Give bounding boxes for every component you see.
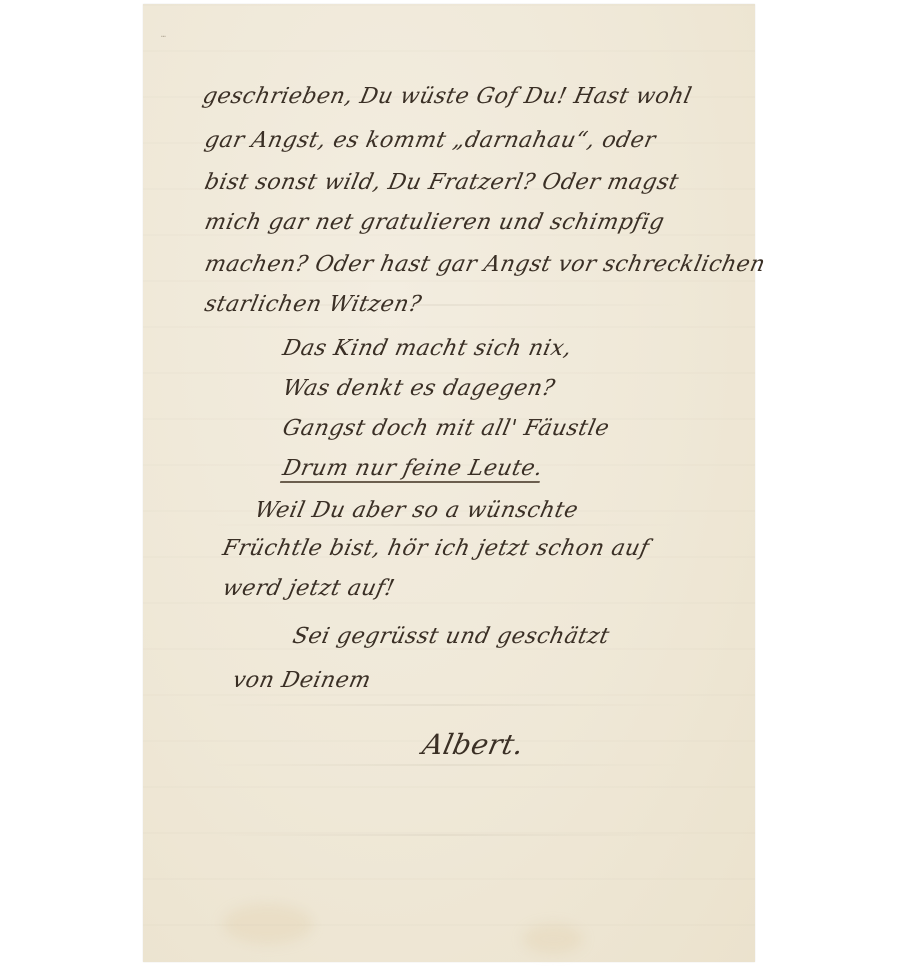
poem-line: Gangst doch mit all' Fäustle	[280, 416, 611, 441]
closing-line: Weil Du aber so a wünschte	[252, 498, 580, 523]
paper-stain	[523, 924, 583, 954]
closing-line: werd jetzt auf!	[220, 576, 397, 601]
letter-page: … geschrieben, Du wüste Gof Du! Hast woh…	[143, 4, 755, 962]
paper-stain	[223, 904, 313, 944]
closing-line: Früchtle bist, hör ich jetzt schon auf	[220, 536, 651, 561]
poem-line-underlined: Drum nur feine Leute.	[280, 456, 545, 481]
closing-line: von Deinem	[230, 668, 373, 693]
letter-line: machen? Oder hast gar Angst vor schreckl…	[202, 252, 767, 277]
signature: Albert.	[419, 728, 527, 761]
letter-line: geschrieben, Du wüste Gof Du! Hast wohl	[200, 84, 694, 109]
bleed-through-line	[203, 764, 683, 766]
bleed-through-line	[203, 704, 683, 706]
closing-line: Sei gegrüsst und geschätzt	[290, 624, 611, 649]
letter-line: mich gar net gratulieren und schimpfig	[202, 210, 666, 235]
letter-line: starlichen Witzen?	[202, 292, 424, 317]
poem-line: Was denkt es dagegen?	[280, 376, 557, 401]
poem-line: Das Kind macht sich nix,	[280, 336, 574, 361]
letter-line: bist sonst wild, Du Fratzerl? Oder magst	[202, 170, 681, 195]
pencil-annotation: …	[161, 30, 167, 39]
bleed-through-line	[203, 524, 683, 526]
letter-line: gar Angst, es kommt „darnahau“, oder	[202, 128, 658, 153]
bleed-through-line	[203, 834, 683, 836]
